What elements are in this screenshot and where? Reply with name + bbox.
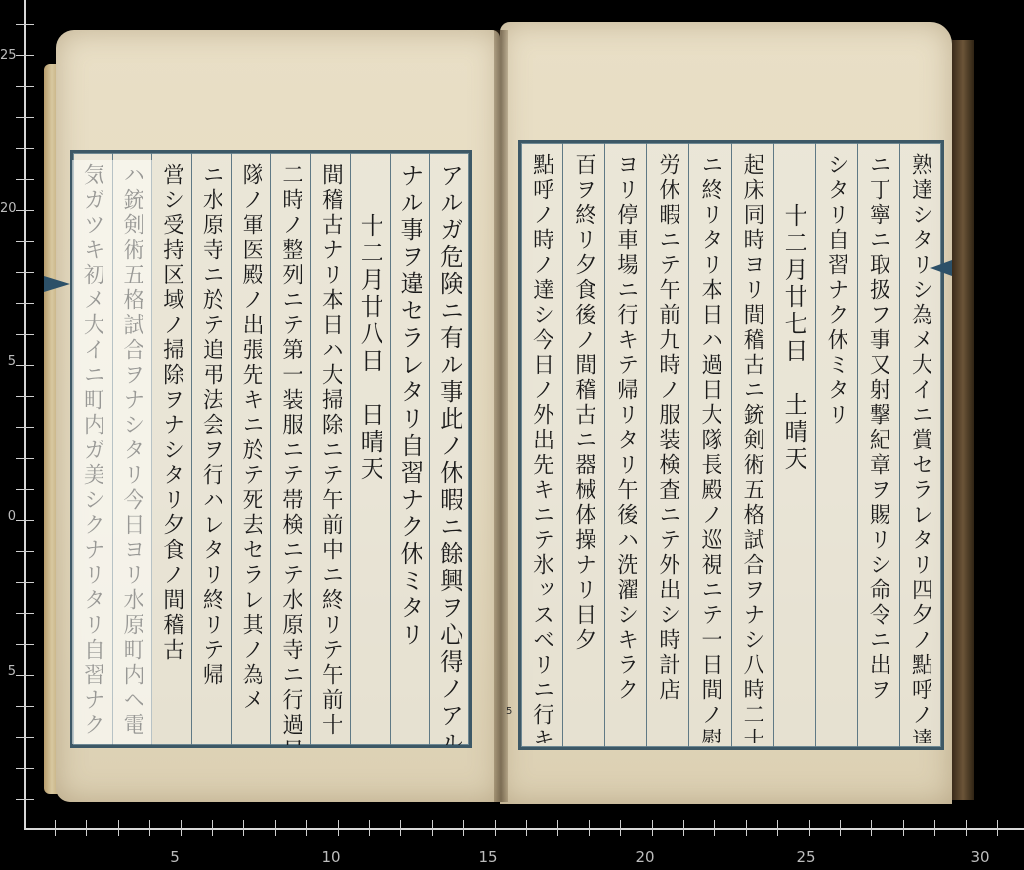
ruler-tick <box>871 820 872 836</box>
ruler-tick <box>16 334 34 335</box>
ruler-tick <box>809 820 810 836</box>
book-spine <box>952 40 974 800</box>
ruler-tick <box>463 820 464 836</box>
ruler-tick <box>16 24 34 25</box>
ruler-tick <box>557 820 558 836</box>
text-column: ニ丁寧ニ取扱フ事又射撃紀章ヲ賜リシ命令ニ出ヲ <box>857 143 899 747</box>
ruler-tick <box>16 241 34 242</box>
ruler-tick <box>934 820 935 836</box>
ruler-tick <box>714 820 715 836</box>
ruler-tick <box>777 820 778 836</box>
ruler-tick <box>212 820 213 836</box>
text-column: 熟達シタリシ為メ大イニ賞セラレタリ四夕ノ點呼ノ達シニ官物 <box>899 143 941 747</box>
ruler-tick <box>652 820 653 836</box>
ruler-tick <box>16 396 34 397</box>
text-column: 隊ノ軍医殿ノ出張先キニ於テ死去セラレ其ノ為メ <box>231 153 271 745</box>
text-column: ニ終リタリ本日ハ過日大隊長殿ノ巡視ニテ一日間ノ慰 <box>688 143 730 747</box>
ruler-tick <box>16 582 34 583</box>
book-gutter <box>494 30 508 802</box>
ruler-tick <box>16 799 34 800</box>
text-column: ヨリ停車場ニ行キテ帰リタリ午後ハ洗濯シキラク <box>604 143 646 747</box>
page-number: 5 <box>506 706 512 717</box>
binding-tab-mark <box>930 260 952 276</box>
ruler-tick <box>432 820 433 836</box>
ruler-tick <box>149 820 150 836</box>
horizontal-ruler <box>24 828 1024 830</box>
ruler-label: 10 <box>321 848 340 866</box>
ruler-label: 15 <box>478 848 497 866</box>
ruler-tick <box>16 489 34 490</box>
ruler-tick <box>620 820 621 836</box>
ruler-tick <box>400 820 401 836</box>
text-column: 労休暇ニテ午前九時ノ服装検査ニテ外出シ時計店 <box>646 143 688 747</box>
ruler-tick <box>369 820 370 836</box>
text-column: 二時ノ整列ニテ第一装服ニテ帯検ニテ水原寺ニ行過日中 <box>270 153 310 745</box>
ruler-tick <box>16 613 34 614</box>
ruler-tick <box>16 737 34 738</box>
ruler-tick <box>275 820 276 836</box>
right-page-text-frame: 熟達シタリシ為メ大イニ賞セラレタリ四夕ノ點呼ノ達シニ官物 ニ丁寧ニ取扱フ事又射撃… <box>518 140 944 750</box>
ruler-tick <box>118 820 119 836</box>
ruler-tick <box>338 820 339 836</box>
ruler-tick <box>16 551 34 552</box>
ruler-tick <box>16 675 34 676</box>
ruler-tick <box>16 86 34 87</box>
ruler-tick <box>16 768 34 769</box>
ruler-tick <box>16 706 34 707</box>
text-column: 営シ受持区域ノ掃除ヲナシタリ夕食ノ間稽古 <box>151 153 191 745</box>
text-column: ニ水原寺ニ於テ追弔法会ヲ行ハレタリ終リテ帰 <box>191 153 231 745</box>
ruler-tick <box>16 210 34 211</box>
text-column: 百ヲ終リ夕食後ノ間稽古ニ器械体操ナリ日夕 <box>562 143 604 747</box>
ruler-tick <box>589 820 590 836</box>
text-column: 起床同時ヨリ間稽古ニ銃剣術五格試合ヲナシ八時二十分 <box>731 143 773 747</box>
text-column: 點呼ノ時ノ達シ今日ノ外出先キニテ氷ッスベリニ行キタル者 <box>521 143 562 747</box>
text-column: 間稽古ナリ本日ハ大掃除ニテ午前中ニ終リテ午前十 <box>310 153 350 745</box>
ruler-tick <box>746 820 747 836</box>
ruler-tick <box>16 365 34 366</box>
ruler-label: 30 <box>970 848 989 866</box>
text-column: ナル事ヲ違セラレタリ自習ナク休ミタリ <box>390 153 430 745</box>
ruler-tick <box>306 820 307 836</box>
ruler-label: 20 <box>635 848 654 866</box>
ruler-tick <box>683 820 684 836</box>
ruler-tick <box>55 820 56 836</box>
ruler-tick <box>16 117 34 118</box>
ruler-tick <box>495 820 496 836</box>
light-glare <box>72 160 152 744</box>
ruler-tick <box>840 820 841 836</box>
ruler-tick <box>16 427 34 428</box>
ruler-tick <box>966 820 967 836</box>
ruler-tick <box>16 644 34 645</box>
ruler-tick <box>16 55 34 56</box>
ruler-tick <box>181 820 182 836</box>
ruler-tick <box>997 820 998 836</box>
ruler-tick <box>526 820 527 836</box>
ruler-label: 5 <box>170 848 180 866</box>
ruler-tick <box>86 820 87 836</box>
ruler-tick <box>243 820 244 836</box>
ruler-label: 25 <box>796 848 815 866</box>
ruler-tick <box>16 179 34 180</box>
text-column: シタリ自習ナク休ミタリ <box>815 143 857 747</box>
binding-tab-mark <box>44 276 70 292</box>
ruler-label: 0 <box>0 509 16 524</box>
text-column: アルガ危険ニ有ル事此ノ休暇ニ餘興ヲ心得ノアル者ハ <box>429 153 469 745</box>
ruler-label: 5 <box>0 664 16 679</box>
ruler-tick <box>16 520 34 521</box>
ruler-label: 5 <box>0 354 16 369</box>
ruler-tick <box>16 458 34 459</box>
date-column: 十二月廿八日 日晴天 <box>350 153 390 745</box>
ruler-tick <box>16 303 34 304</box>
ruler-tick <box>903 820 904 836</box>
date-column: 十二月廿七日 土晴天 <box>773 143 815 747</box>
ruler-label: 20 <box>0 201 16 216</box>
ruler-label: 25 <box>0 48 16 63</box>
ruler-tick <box>16 148 34 149</box>
ruler-tick <box>16 272 34 273</box>
